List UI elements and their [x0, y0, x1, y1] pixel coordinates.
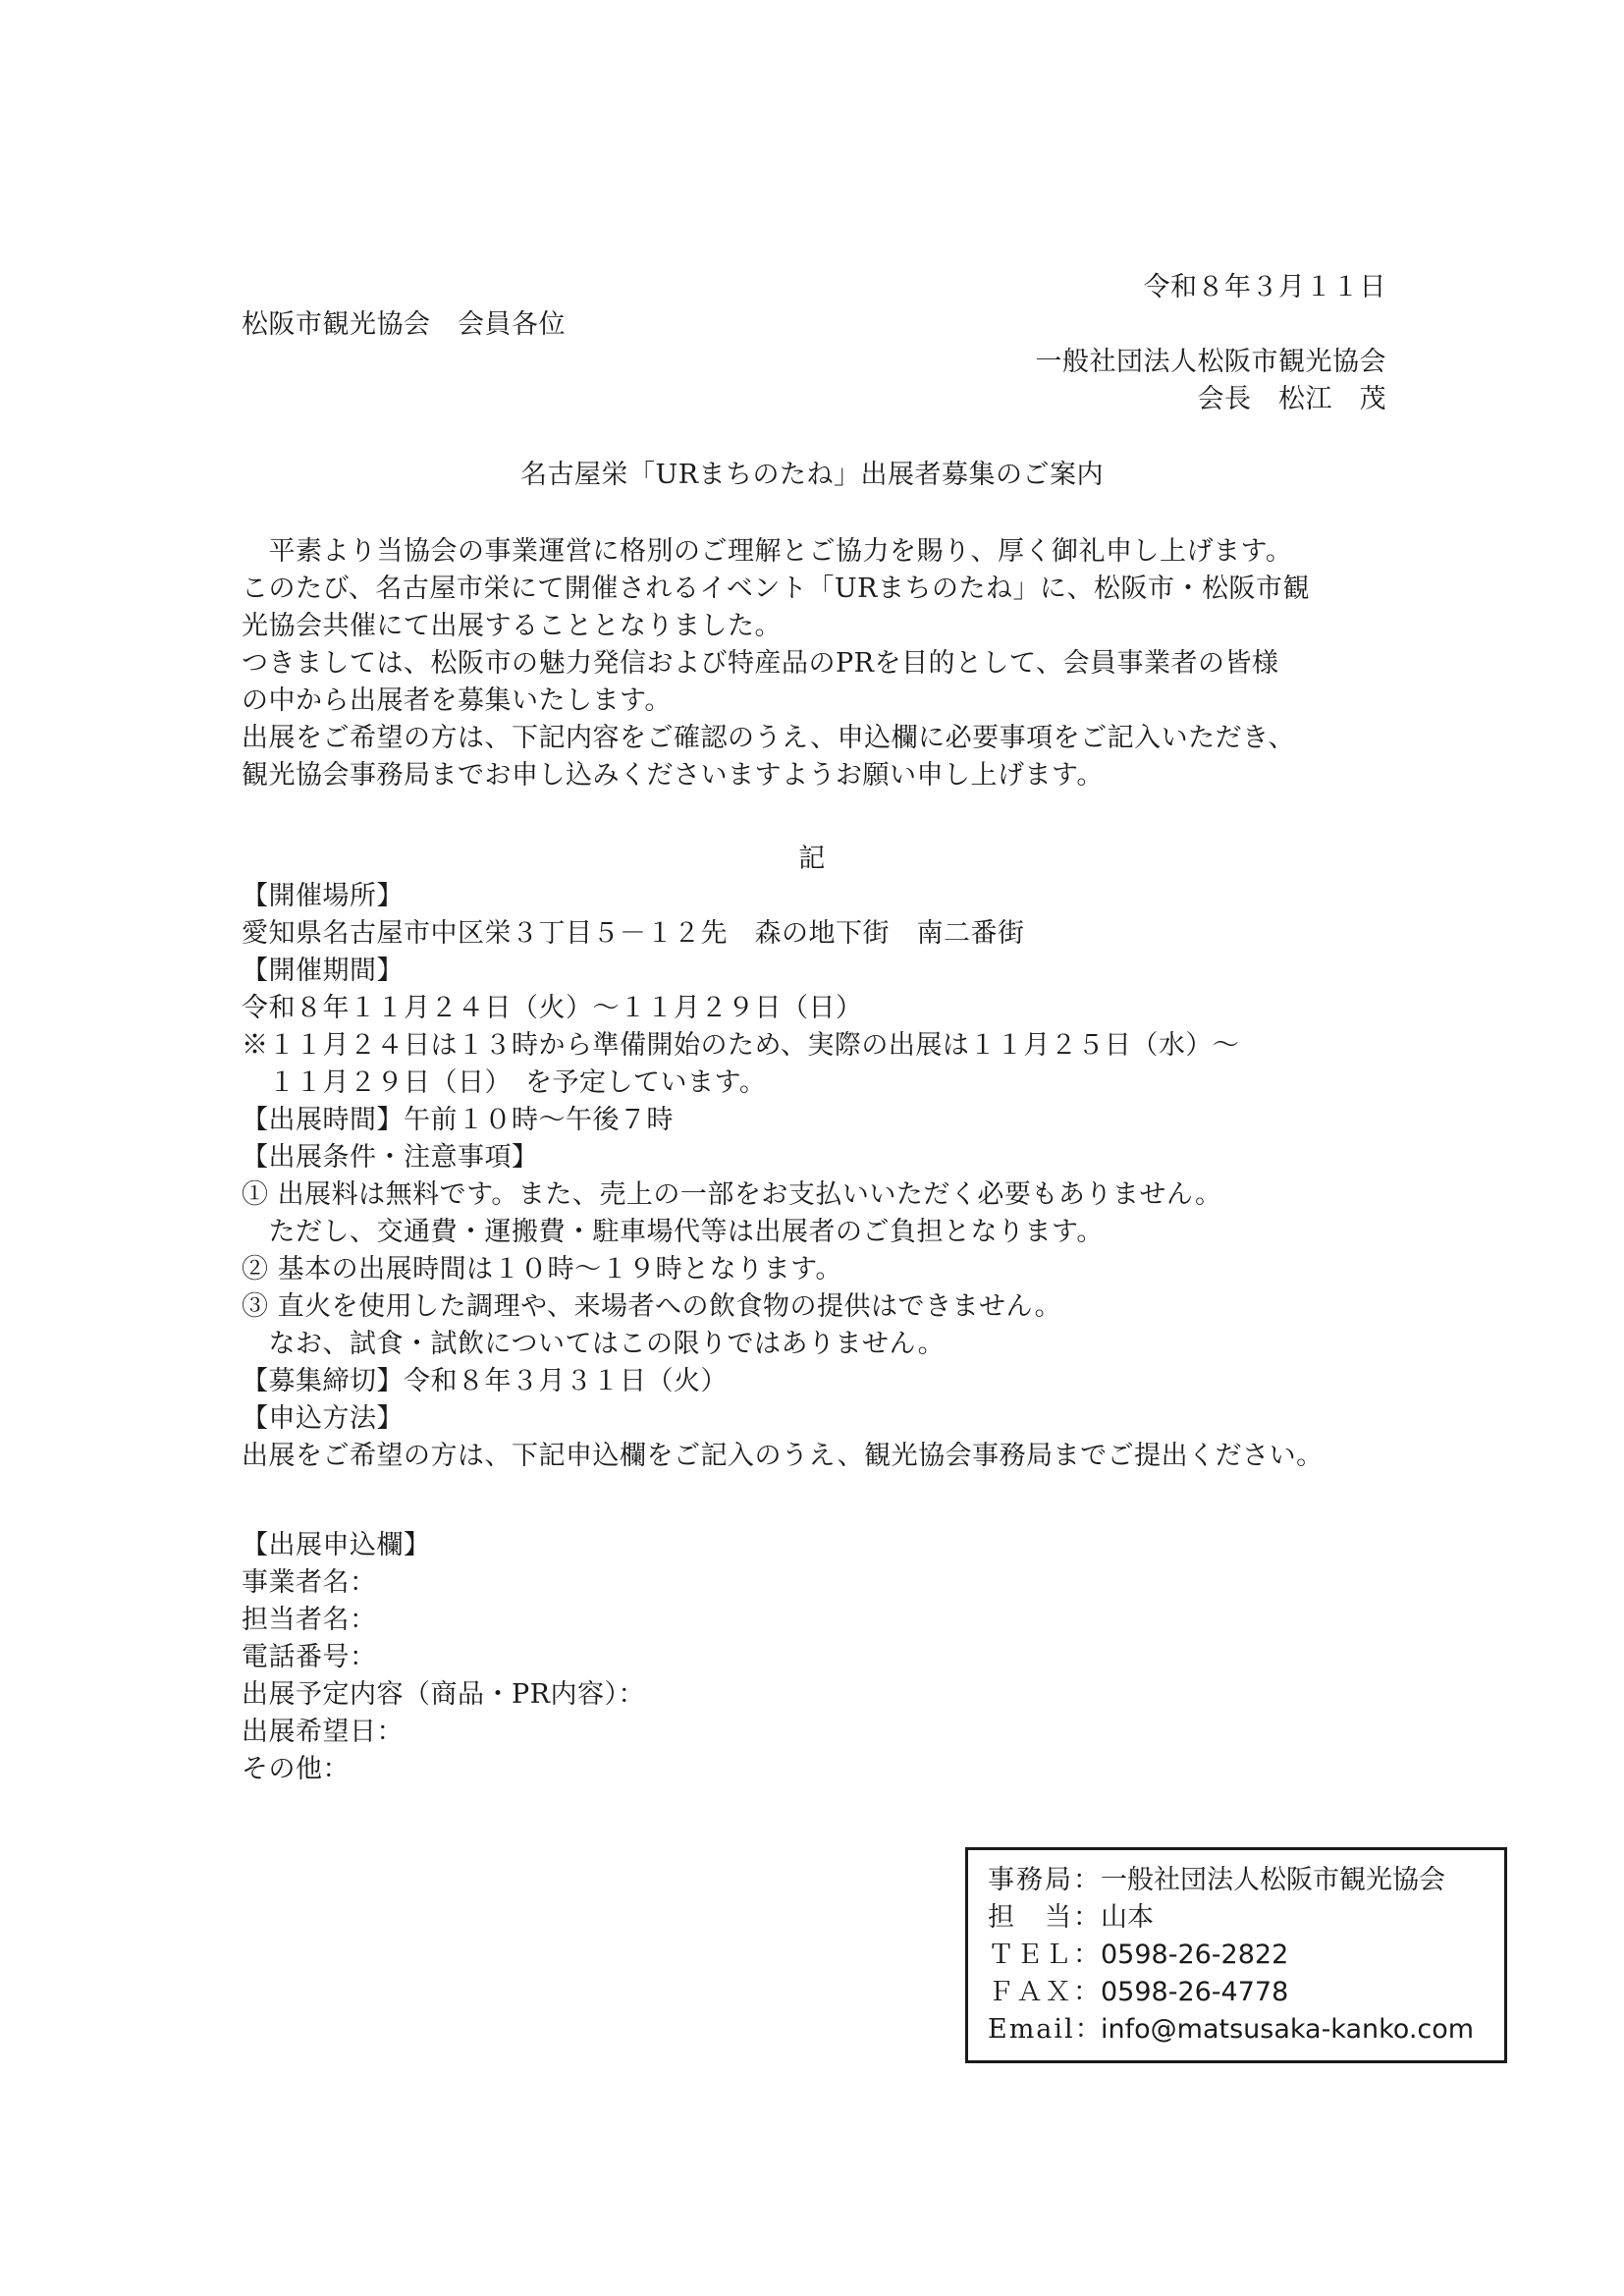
detail-line: 愛知県名古屋市中区栄３丁目５－１２先 森の地下街 南二番街 [242, 915, 1025, 953]
document-title: 名古屋栄「URまちのたね」出展者募集のご案内 [0, 457, 1624, 494]
body-line: 光協会共催にて出展することとなりました。 [242, 608, 782, 645]
contact-box: 事務局：一般社団法人松阪市観光協会 担 当：山本 ＴＥＬ：0598-26-282… [965, 1847, 1507, 2063]
contact-person-label: 担 当： [988, 1899, 1101, 1937]
body-line: 出展をご希望の方は、下記内容をご確認のうえ、申込欄に必要事項をご記入いただき、 [242, 720, 1295, 757]
body-line: 観光協会事務局までお申し込みくださいますようお願い申し上げます。 [242, 757, 1104, 794]
contact-office-label: 事務局： [988, 1862, 1101, 1899]
addressee: 松阪市観光協会 会員各位 [242, 306, 566, 344]
form-heading: 【出展申込欄】 [242, 1527, 431, 1564]
detail-line: ただし、交通費・運搬費・駐車場代等は出展者のご負担となります。 [242, 1214, 1104, 1251]
form-field-contact-person[interactable]: 担当者名： [242, 1602, 377, 1639]
detail-heading-method: 【申込方法】 [242, 1400, 404, 1438]
form-field-exhibit-content[interactable]: 出展予定内容（商品・PR内容）： [242, 1676, 645, 1714]
detail-heading-deadline: 【募集締切】令和８年３月３１日（火） [242, 1363, 728, 1400]
contact-tel-label: ＴＥＬ： [988, 1937, 1101, 1974]
contact-tel: ＴＥＬ：0598-26-2822 [988, 1937, 1288, 1974]
contact-fax: ＦＡＸ：0598-26-4778 [988, 1974, 1288, 2011]
detail-line: 令和８年１１月２４日（火）～１１月２９日（日） [242, 990, 863, 1027]
detail-line: 出展をご希望の方は、下記申込欄をご記入のうえ、観光協会事務局までご提出ください。 [242, 1438, 1324, 1475]
form-field-preferred-date[interactable]: 出展希望日： [242, 1714, 404, 1751]
document-date: 令和８年３月１１日 [1144, 269, 1387, 306]
detail-heading-conditions: 【出展条件・注意事項】 [242, 1139, 539, 1176]
ki-heading: 記 [0, 841, 1624, 878]
contact-fax-label: ＦＡＸ： [988, 1974, 1101, 2011]
detail-line: ※１１月２４日は１３時から準備開始のため、実際の出展は１１月２５日（水）～ [242, 1027, 1239, 1065]
detail-heading-hours: 【出展時間】午前１０時～午後７時 [242, 1102, 674, 1139]
contact-fax-value: 0598-26-4778 [1101, 1977, 1288, 2007]
detail-line: １１月２９日（日） を予定しています。 [242, 1065, 766, 1102]
detail-line: ③ 直火を使用した調理や、来場者への飲食物の提供はできません。 [242, 1288, 1061, 1326]
contact-email: Email：info@matsusaka-kanko.com [988, 2011, 1474, 2049]
body-line: つきましては、松阪市の魅力発信および特産品のPRを目的として、会員事業者の皆様 [242, 645, 1278, 683]
contact-person-value: 山本 [1101, 1902, 1154, 1933]
sender-name: 会長 松江 茂 [1198, 381, 1387, 418]
detail-heading-venue: 【開催場所】 [242, 878, 404, 915]
detail-line: ② 基本の出展時間は１０時～１９時となります。 [242, 1251, 842, 1288]
contact-email-label: Email： [988, 2011, 1101, 2049]
sender-organization: 一般社団法人松阪市観光協会 [1036, 344, 1387, 381]
contact-tel-value[interactable]: 0598-26-2822 [1101, 1940, 1288, 1970]
detail-heading-period: 【開催期間】 [242, 953, 404, 990]
contact-office-value: 一般社団法人松阪市観光協会 [1101, 1865, 1445, 1895]
body-line: の中から出展者を募集いたします。 [242, 683, 672, 720]
form-field-business-name[interactable]: 事業者名： [242, 1564, 377, 1602]
body-line: 平素より当協会の事業運営に格別のご理解とご協力を賜り、厚く御礼申し上げます。 [242, 533, 1292, 571]
body-line: このたび、名古屋市栄にて開催されるイベント「URまちのたね」に、松阪市・松阪市観 [242, 571, 1310, 608]
detail-line: ① 出展料は無料です。また、売上の一部をお支払いいただく必要もありません。 [242, 1176, 1222, 1214]
form-field-other[interactable]: その他： [242, 1751, 350, 1788]
detail-line: なお、試食・試飲についてはこの限りではありません。 [242, 1326, 945, 1363]
contact-email-link[interactable]: info@matsusaka-kanko.com [1101, 2014, 1474, 2045]
contact-person: 担 当：山本 [988, 1899, 1154, 1937]
contact-office: 事務局：一般社団法人松阪市観光協会 [988, 1862, 1445, 1899]
form-field-phone[interactable]: 電話番号： [242, 1639, 377, 1676]
